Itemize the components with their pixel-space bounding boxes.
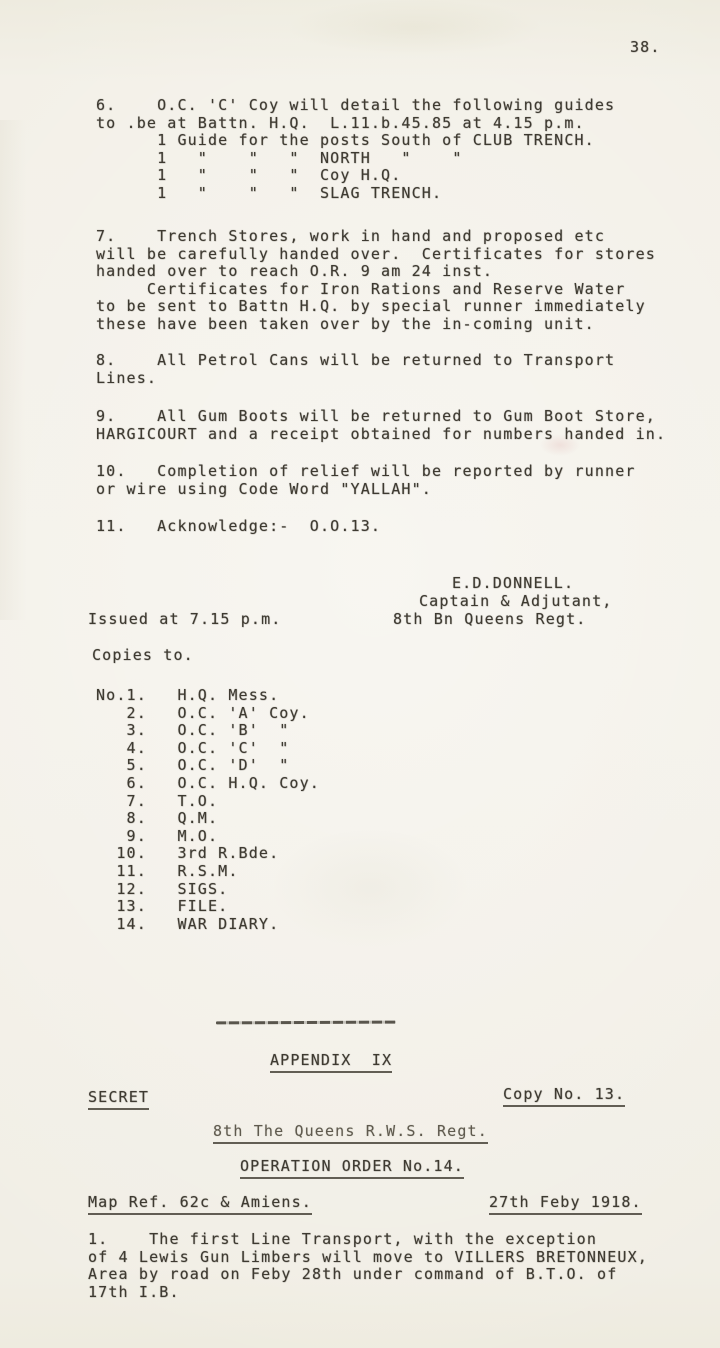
paper-stain xyxy=(290,0,540,55)
paragraph-11: 11. Acknowledge:- O.O.13. xyxy=(96,518,381,536)
signature-name: E.D.DONNELL. xyxy=(452,575,574,593)
paper-stain xyxy=(0,120,26,620)
typed-divider-line xyxy=(216,1021,396,1025)
classification-secret: SECRET xyxy=(88,1089,149,1110)
operation-order-title: OPERATION ORDER No.14. xyxy=(240,1158,464,1179)
signature-title: Captain & Adjutant, xyxy=(419,593,612,611)
paragraph-8: 8. All Petrol Cans will be returned to T… xyxy=(96,352,615,387)
paragraph-9: 9. All Gum Boots will be returned to Gum… xyxy=(96,408,666,443)
document-page: 38. 6. O.C. 'C' Coy will detail the foll… xyxy=(0,0,720,1348)
issued-time: Issued at 7.15 p.m. xyxy=(88,611,281,629)
map-reference: Map Ref. 62c & Amiens. xyxy=(88,1194,312,1215)
copy-number: Copy No. 13. xyxy=(503,1086,625,1107)
order-date: 27th Feby 1918. xyxy=(489,1194,642,1215)
signature-unit: 8th Bn Queens Regt. xyxy=(393,611,586,629)
copies-list: No.1. H.Q. Mess. 2. O.C. 'A' Coy. 3. O.C… xyxy=(96,687,320,933)
paragraph-7: 7. Trench Stores, work in hand and propo… xyxy=(96,228,656,334)
paragraph-6: 6. O.C. 'C' Coy will detail the followin… xyxy=(96,97,615,203)
page-number: 38. xyxy=(630,39,661,57)
copies-heading: Copies to. xyxy=(92,647,194,665)
paragraph-10: 10. Completion of relief will be reporte… xyxy=(96,463,636,498)
appendix-paragraph-1: 1. The first Line Transport, with the ex… xyxy=(88,1231,648,1301)
regiment-title: 8th The Queens R.W.S. Regt. xyxy=(213,1123,488,1144)
appendix-title: APPENDIX IX xyxy=(270,1052,392,1073)
